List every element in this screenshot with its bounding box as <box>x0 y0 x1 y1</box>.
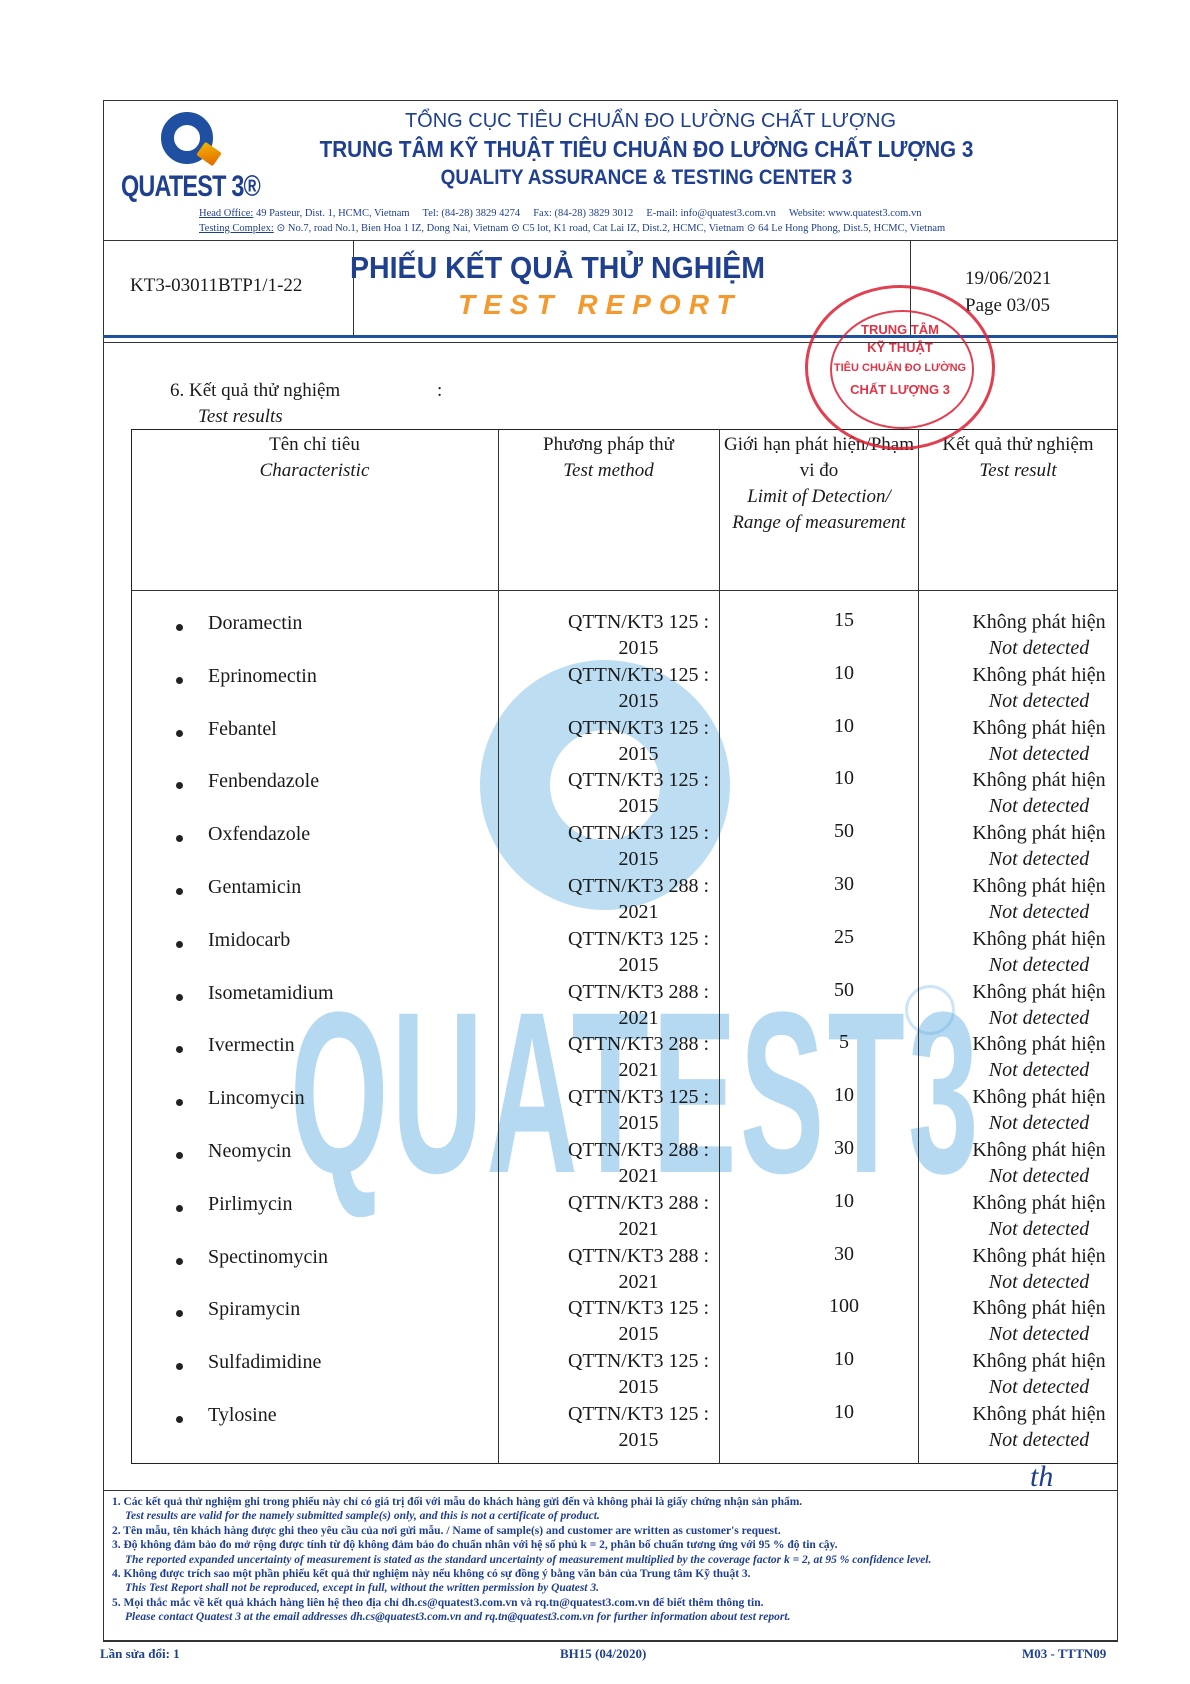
characteristic: Eprinomectin <box>208 665 317 688</box>
table-row: NeomycinQTTN/KT3 288 :202130Không phát h… <box>131 1140 1118 1192</box>
website: Website: www.quatest3.com.vn <box>789 208 922 219</box>
bullet-icon <box>176 1416 183 1423</box>
characteristic: Spectinomycin <box>208 1246 328 1269</box>
test-result-en: Not detected <box>921 1269 1157 1295</box>
report-number: KT3-03011BTP1/1-22 <box>130 275 302 297</box>
test-result: Không phát hiệnNot detected <box>921 1031 1157 1083</box>
title-underline-thin <box>103 342 1118 343</box>
test-result: Không phát hiệnNot detected <box>921 820 1157 872</box>
th-method-en: Test method <box>498 458 719 484</box>
testing-complex-label: Testing Complex: <box>199 223 274 234</box>
report-title-vi: PHIẾU KẾT QUẢ THỬ NGHIỆM <box>350 250 765 286</box>
test-result-en: Not detected <box>921 741 1157 767</box>
bullet-icon <box>176 1363 183 1370</box>
table-row: LincomycinQTTN/KT3 125 :201510Không phát… <box>131 1087 1118 1139</box>
test-result: Không phát hiệnNot detected <box>921 715 1157 767</box>
bullet-icon <box>176 1046 183 1053</box>
bullet-icon <box>176 730 183 737</box>
table-row: SpiramycinQTTN/KT3 125 :2015100Không phá… <box>131 1298 1118 1350</box>
notes-divider <box>103 1490 1118 1491</box>
test-result-vi: Không phát hiện <box>972 664 1105 686</box>
test-result-en: Not detected <box>921 1005 1157 1031</box>
test-result: Không phát hiệnNot detected <box>921 662 1157 714</box>
bullet-icon <box>176 941 183 948</box>
test-result-en: Not detected <box>921 793 1157 819</box>
test-result-vi: Không phát hiện <box>972 1297 1105 1319</box>
bullet-icon <box>176 1258 183 1265</box>
characteristic: Ivermectin <box>208 1034 295 1057</box>
org-parent: TỔNG CỤC TIÊU CHUẨN ĐO LƯỜNG CHẤT LƯỢNG <box>103 110 1118 133</box>
test-result: Không phát hiệnNot detected <box>921 609 1157 661</box>
bullet-icon <box>176 888 183 895</box>
tel: Tel: (84-28) 3829 4274 <box>423 208 521 219</box>
note-4-en: This Test Report shall not be reproduced… <box>112 1581 931 1595</box>
test-result-vi: Không phát hiện <box>972 1086 1105 1108</box>
note-3-en: The reported expanded uncertainty of mea… <box>112 1553 931 1567</box>
fax: Fax: (84-28) 3829 3012 <box>533 208 633 219</box>
th-lod: Giới hạn phát hiện/Phạm vi đo Limit of D… <box>724 432 914 536</box>
test-result: Không phát hiệnNot detected <box>921 1190 1157 1242</box>
characteristic: Oxfendazole <box>208 823 310 846</box>
table-row: OxfendazoleQTTN/KT3 125 :201550Không phá… <box>131 823 1118 875</box>
note-3: 3. Độ không đảm bảo đo mở rộng được tính… <box>112 1538 931 1552</box>
th-characteristic: Tên chỉ tiêu Characteristic <box>131 432 498 484</box>
email: E-mail: info@quatest3.com.vn <box>646 208 776 219</box>
report-title-en: TEST REPORT <box>458 289 742 321</box>
test-result: Không phát hiệnNot detected <box>921 767 1157 819</box>
test-result-vi: Không phát hiện <box>972 1139 1105 1161</box>
page-number: Page 03/05 <box>965 295 1050 317</box>
bullet-icon <box>176 1099 183 1106</box>
test-result-en: Not detected <box>921 1321 1157 1347</box>
table-row: TylosineQTTN/KT3 125 :201510Không phát h… <box>131 1404 1118 1456</box>
header-divider <box>103 240 1118 241</box>
characteristic: Fenbendazole <box>208 770 319 793</box>
test-result-vi: Không phát hiện <box>972 1192 1105 1214</box>
test-result-vi: Không phát hiện <box>972 1350 1105 1372</box>
test-result-vi: Không phát hiện <box>972 1403 1105 1425</box>
test-result-vi: Không phát hiện <box>972 611 1105 633</box>
head-office-label: Head Office: <box>199 208 253 219</box>
title-divider-right <box>910 240 911 335</box>
th-characteristic-vi: Tên chỉ tiêu <box>269 434 360 455</box>
test-result-en: Not detected <box>921 952 1157 978</box>
test-result-en: Not detected <box>921 1163 1157 1189</box>
footnotes: 1. Các kết quả thử nghiệm ghi trong phiế… <box>112 1495 931 1625</box>
note-1: 1. Các kết quả thử nghiệm ghi trong phiế… <box>112 1495 931 1509</box>
test-result-en: Not detected <box>921 846 1157 872</box>
test-result-vi: Không phát hiện <box>972 822 1105 844</box>
note-2: 2. Tên mẫu, tên khách hàng được ghi theo… <box>112 1524 931 1538</box>
th-method: Phương pháp thử Test method <box>498 432 719 484</box>
note-5: 5. Mọi thắc mắc về kết quả khách hàng li… <box>112 1596 931 1610</box>
characteristic: Lincomycin <box>208 1087 305 1110</box>
test-result-en: Not detected <box>921 688 1157 714</box>
table-row: GentamicinQTTN/KT3 288 :202130Không phát… <box>131 876 1118 928</box>
test-result: Không phát hiệnNot detected <box>921 979 1157 1031</box>
table-row: SulfadimidineQTTN/KT3 125 :201510Không p… <box>131 1351 1118 1403</box>
bullet-icon <box>176 1310 183 1317</box>
testing-complex: ⊙ No.7, road No.1, Bien Hoa 1 IZ, Dong N… <box>276 223 945 234</box>
test-result-en: Not detected <box>921 899 1157 925</box>
characteristic: Neomycin <box>208 1140 291 1163</box>
note-1-en: Test results are valid for the namely su… <box>112 1509 931 1523</box>
characteristic: Sulfadimidine <box>208 1351 321 1374</box>
test-result-vi: Không phát hiện <box>972 1245 1105 1267</box>
th-lod-vi: Giới hạn phát hiện/Phạm vi đo <box>724 434 914 481</box>
th-result-en: Test result <box>918 458 1118 484</box>
characteristic: Spiramycin <box>208 1298 300 1321</box>
test-result-vi: Không phát hiện <box>972 717 1105 739</box>
note-5-en: Please contact Quatest 3 at the email ad… <box>112 1610 931 1624</box>
th-lod-en: Limit of Detection/ Range of measurement <box>724 484 914 536</box>
section-title: 6. Kết quả thử nghiệm <box>170 380 340 402</box>
test-result: Không phát hiệnNot detected <box>921 1243 1157 1295</box>
th-result: Kết quả thử nghiệm Test result <box>918 432 1118 484</box>
test-result-vi: Không phát hiện <box>972 769 1105 791</box>
bullet-icon <box>176 994 183 1001</box>
bullet-icon <box>176 782 183 789</box>
bullet-icon <box>176 1205 183 1212</box>
testing-complex-line: Testing Complex: ⊙ No.7, road No.1, Bien… <box>199 222 945 234</box>
characteristic: Gentamicin <box>208 876 301 899</box>
test-result-en: Not detected <box>921 635 1157 661</box>
test-result: Không phát hiệnNot detected <box>921 1137 1157 1189</box>
report-date: 19/06/2021 <box>965 268 1052 290</box>
title-underline <box>103 335 1118 338</box>
characteristic: Tylosine <box>208 1404 277 1427</box>
th-method-vi: Phương pháp thử <box>543 434 674 455</box>
bullet-icon <box>176 835 183 842</box>
test-result-vi: Không phát hiện <box>972 1033 1105 1055</box>
test-result-en: Not detected <box>921 1427 1157 1453</box>
characteristic: Pirlimycin <box>208 1193 292 1216</box>
test-result-en: Not detected <box>921 1057 1157 1083</box>
revision: Lần sửa đổi: 1 <box>100 1646 180 1662</box>
table-row: EprinomectinQTTN/KT3 125 :201510Không ph… <box>131 665 1118 717</box>
note-4: 4. Không được trích sao một phần phiếu k… <box>112 1567 931 1581</box>
test-result: Không phát hiệnNot detected <box>921 926 1157 978</box>
org-name-en: QUALITY ASSURANCE & TESTING CENTER 3 <box>154 166 1068 190</box>
th-characteristic-en: Characteristic <box>131 458 498 484</box>
table-row: PirlimycinQTTN/KT3 288 :202110Không phát… <box>131 1193 1118 1245</box>
form-code: BH15 (04/2020) <box>560 1646 646 1662</box>
bullet-icon <box>176 677 183 684</box>
characteristic: Isometamidium <box>208 982 334 1005</box>
test-result-en: Not detected <box>921 1110 1157 1136</box>
test-result: Không phát hiệnNot detected <box>921 1295 1157 1347</box>
table-row: ImidocarbQTTN/KT3 125 :201525Không phát … <box>131 929 1118 981</box>
characteristic: Febantel <box>208 718 277 741</box>
table-row: IvermectinQTTN/KT3 288 :20215Không phát … <box>131 1034 1118 1086</box>
table-row: DoramectinQTTN/KT3 125 :201515Không phát… <box>131 612 1118 664</box>
th-result-vi: Kết quả thử nghiệm <box>942 434 1093 455</box>
test-result-vi: Không phát hiện <box>972 981 1105 1003</box>
head-office: 49 Pasteur, Dist. 1, HCMC, Vietnam <box>256 208 410 219</box>
table-row: FebantelQTTN/KT3 125 :201510Không phát h… <box>131 718 1118 770</box>
test-result-en: Not detected <box>921 1216 1157 1242</box>
test-result: Không phát hiệnNot detected <box>921 873 1157 925</box>
test-result-en: Not detected <box>921 1374 1157 1400</box>
table-row: FenbendazoleQTTN/KT3 125 :201510Không ph… <box>131 770 1118 822</box>
table-row: IsometamidiumQTTN/KT3 288 :202150Không p… <box>131 982 1118 1034</box>
section-colon: : <box>437 380 442 402</box>
characteristic: Doramectin <box>208 612 302 635</box>
footer-divider <box>103 1640 1118 1641</box>
org-name-vi: TRUNG TÂM KỸ THUẬT TIÊU CHUẨN ĐO LƯỜNG C… <box>154 136 1068 163</box>
letterhead: QUATEST 3® TỔNG CỤC TIÊU CHUẨN ĐO LƯỜNG … <box>103 100 1118 240</box>
test-result-vi: Không phát hiện <box>972 928 1105 950</box>
test-result: Không phát hiệnNot detected <box>921 1401 1157 1453</box>
test-result: Không phát hiệnNot detected <box>921 1348 1157 1400</box>
section-subtitle: Test results <box>198 406 283 428</box>
bullet-icon <box>176 1152 183 1159</box>
document-code: M03 - TTTN09 <box>1022 1646 1106 1662</box>
characteristic: Imidocarb <box>208 929 290 952</box>
signature: th <box>1030 1460 1053 1494</box>
test-result: Không phát hiệnNot detected <box>921 1084 1157 1136</box>
contact-line: Head Office: 49 Pasteur, Dist. 1, HCMC, … <box>199 208 921 219</box>
header-row-divider <box>131 590 1118 591</box>
test-result-vi: Không phát hiện <box>972 875 1105 897</box>
bullet-icon <box>176 624 183 631</box>
table-row: SpectinomycinQTTN/KT3 288 :202130Không p… <box>131 1246 1118 1298</box>
